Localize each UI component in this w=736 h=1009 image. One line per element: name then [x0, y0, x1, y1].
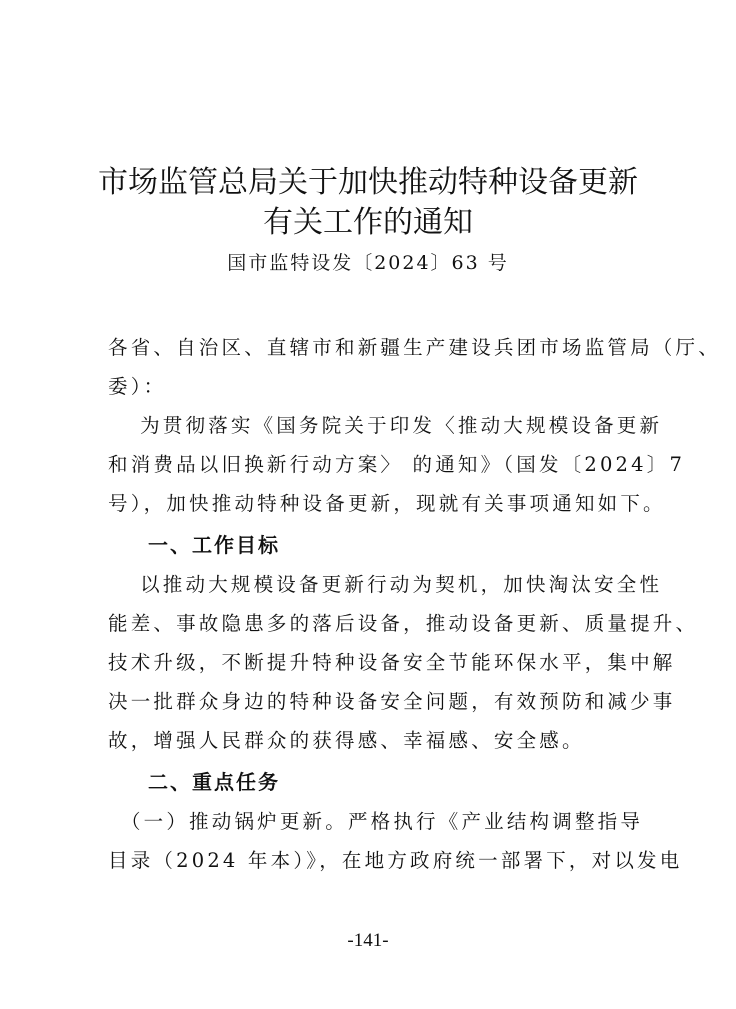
document-page: 市场监管总局关于加快推动特种设备更新 有关工作的通知 国市监特设发〔2024〕6…: [0, 0, 736, 1009]
document-number: 国市监特设发〔2024〕63 号: [0, 250, 736, 276]
page-number: -141-: [0, 930, 736, 952]
section-heading: 二、重点任务: [148, 769, 280, 795]
body-line: 能差、事故隐患多的落后设备，推动设备更新、质量提升、: [108, 611, 638, 637]
body-line: 决一批群众身边的特种设备安全问题，有效预防和减少事: [108, 689, 638, 715]
document-title-line-2: 有关工作的通知: [0, 204, 736, 242]
body-line: 委）：: [108, 374, 638, 400]
body-line: 号），加快推动特种设备更新，现就有关事项通知如下。: [108, 491, 638, 517]
body-line: 技术升级，不断提升特种设备安全节能环保水平，集中解: [108, 650, 638, 676]
body-line: 各省、自治区、直辖市和新疆生产建设兵团市场监管局（厅、: [108, 335, 638, 361]
body-line: 为贯彻落实《国务院关于印发〈推动大规模设备更新: [108, 413, 638, 439]
section-heading: 一、工作目标: [148, 532, 280, 558]
document-title-line-1: 市场监管总局关于加快推动特种设备更新: [0, 164, 736, 202]
body-line: 故，增强人民群众的获得感、幸福感、安全感。: [108, 728, 638, 754]
body-line: 以推动大规模设备更新行动为契机，加快淘汰安全性: [108, 572, 638, 598]
body-line: 目录（2024 年本）》，在地方政府统一部署下，对以发电: [108, 848, 638, 874]
body-line: 和消费品以旧换新行动方案〉 的通知》（国发〔2024〕7: [108, 452, 638, 478]
body-line: （一）推动锅炉更新。严格执行《产业结构调整指导: [108, 809, 638, 835]
